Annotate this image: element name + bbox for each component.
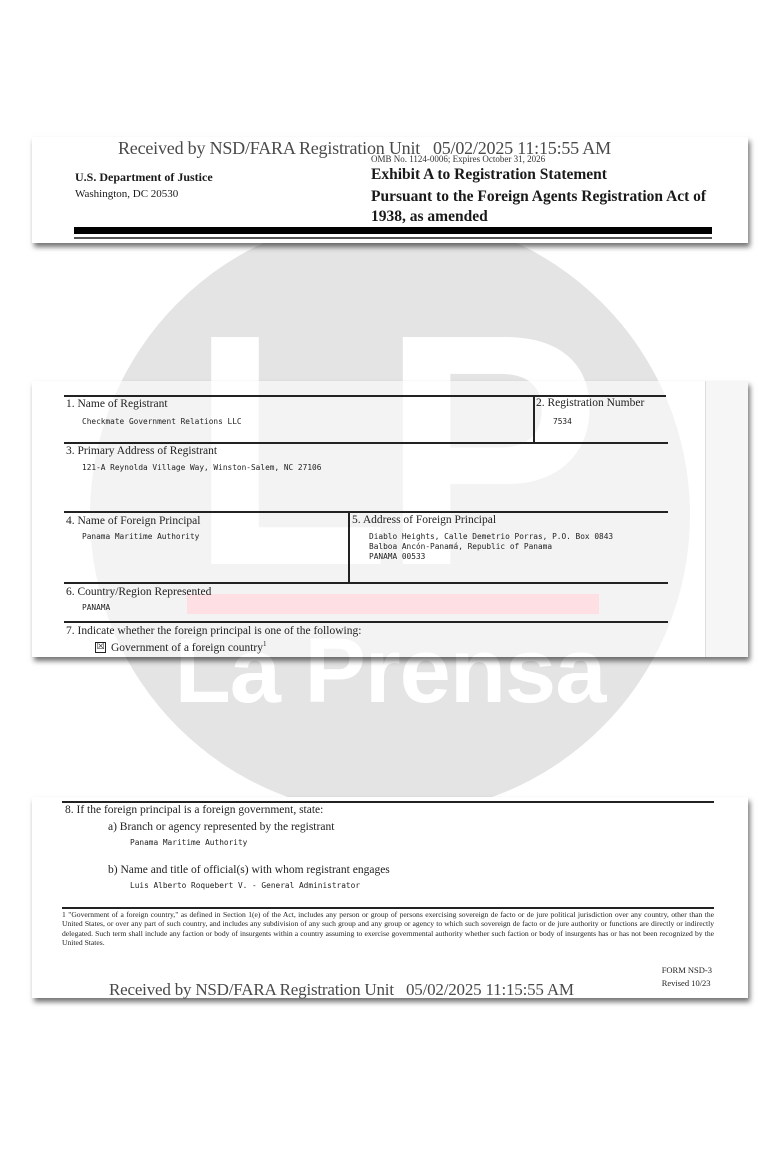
agency-address: Washington, DC 20530: [75, 188, 178, 200]
document-title: Exhibit A to Registration Statement: [371, 166, 607, 184]
country-represented-value: PANAMA: [82, 603, 110, 613]
rule: [64, 442, 668, 444]
foreign-principal-name-value: Panama Maritime Authority: [82, 532, 199, 542]
rule: [64, 582, 668, 584]
registration-number-label: 2. Registration Number: [536, 397, 644, 409]
footnote-ref: 1: [263, 640, 267, 648]
branch-label: a) Branch or agency represented by the r…: [108, 821, 334, 833]
government-checkbox-checked[interactable]: ☒: [95, 642, 106, 653]
form-identifier: FORM NSD-3 Revised 10/23: [662, 964, 712, 990]
official-label: b) Name and title of official(s) with wh…: [108, 864, 390, 876]
agency-name: U.S. Department of Justice: [75, 170, 213, 185]
document-header-excerpt: Received by NSD/FARA Registration Unit 0…: [32, 137, 748, 243]
registrant-name-label: 1. Name of Registrant: [66, 398, 168, 410]
government-option: Government of a foreign country1: [111, 640, 267, 654]
footnote-text: 1 "Government of a foreign country," as …: [62, 910, 714, 948]
omb-number: OMB No. 1124-0006; Expires October 31, 2…: [371, 154, 545, 164]
form-revised: Revised 10/23: [662, 977, 712, 990]
country-represented-label: 6. Country/Region Represented: [66, 586, 211, 598]
registrant-name-value: Checkmate Government Relations LLC: [82, 417, 242, 427]
rule: [348, 511, 350, 583]
principal-type-label: 7. Indicate whether the foreign principa…: [66, 625, 361, 637]
foreign-principal-address-line-1: Diablo Heights, Calle Demetrio Porras, P…: [369, 532, 613, 542]
header-rule-thick: [74, 227, 712, 234]
foreign-principal-address-label: 5. Address of Foreign Principal: [352, 514, 496, 526]
foreign-principal-address-line-3: PANAMA 00533: [369, 552, 425, 562]
official-value: Luis Alberto Roquebert V. - General Admi…: [130, 881, 360, 891]
form-id: FORM NSD-3: [662, 964, 712, 977]
registration-number-value: 7534: [553, 417, 572, 427]
document-subtitle: Pursuant to the Foreign Agents Registrat…: [371, 187, 731, 227]
received-stamp-bottom: Received by NSD/FARA Registration Unit 0…: [109, 980, 574, 1000]
form-items-1-7: 1. Name of Registrant Checkmate Governme…: [32, 381, 748, 657]
header-rule-thin: [74, 237, 712, 239]
foreign-principal-address-line-2: Balboa Ancón-Panamá, Republic of Panama: [369, 542, 552, 552]
page-margin: [705, 381, 748, 657]
rule: [62, 907, 714, 909]
rule: [533, 395, 535, 443]
rule: [64, 511, 668, 513]
foreign-principal-name-label: 4. Name of Foreign Principal: [66, 515, 200, 527]
redaction-highlight: [187, 594, 599, 614]
rule: [64, 621, 668, 623]
branch-value: Panama Maritime Authority: [130, 838, 247, 848]
form-item-8-and-footer: 8. If the foreign principal is a foreign…: [32, 797, 748, 998]
registrant-address-label: 3. Primary Address of Registrant: [66, 445, 217, 457]
government-option-label: Government of a foreign country: [111, 642, 263, 654]
rule: [62, 801, 714, 803]
foreign-government-label: 8. If the foreign principal is a foreign…: [65, 804, 323, 816]
registrant-address-value: 121-A Reynolda Village Way, Winston-Sale…: [82, 463, 321, 473]
